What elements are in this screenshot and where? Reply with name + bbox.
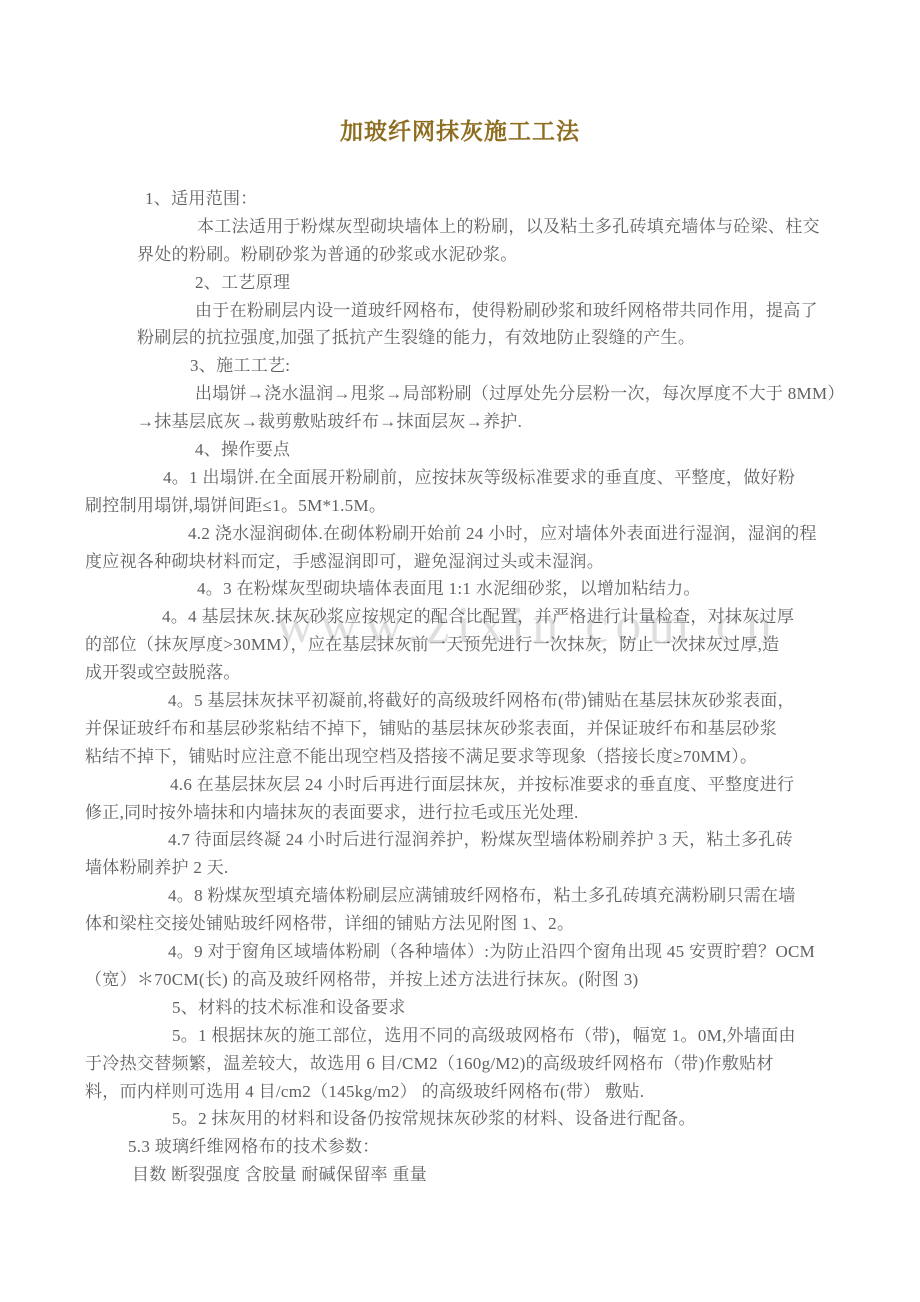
text-line: 4、操作要点 xyxy=(85,436,845,464)
text-line: 出塌饼→浇水温润→甩浆→局部粉刷（过厚处先分层粉一次，每次厚度不大于 8MM） xyxy=(85,380,845,408)
text-line: 墙体粉刷养护 2 天. xyxy=(85,854,845,882)
text-line: 3、施工工艺: xyxy=(85,352,845,380)
text-line: 粘结不掉下，铺贴时应注意不能出现空档及搭接不满足要求等现象（搭接长度≥70MM）… xyxy=(85,743,845,771)
text-line: 修正,同时按外墙抹和内墙抹灰的表面要求，进行拉毛或压光处理. xyxy=(85,799,845,827)
text-line: 4。5 基层抹灰抹平初凝前,将截好的高级玻纤网格布(带)铺贴在基层抹灰砂浆表面， xyxy=(85,687,845,715)
text-line: 5。2 抹灰用的材料和设备仍按常规抹灰砂浆的材料、设备进行配备。 xyxy=(85,1105,845,1133)
text-line: 目数 断裂强度 含胶量 耐碱保留率 重量 xyxy=(85,1161,845,1189)
text-line: 成开裂或空鼓脱落。 xyxy=(85,659,845,687)
text-line: 4。3 在粉煤灰型砌块墙体表面甩 1:1 水泥细砂浆，以增加粘结力。 xyxy=(85,575,845,603)
text-line: 的部位（抹灰厚度>30MM），应在基层抹灰前一天预先进行一次抹灰，防止一次抹灰过… xyxy=(85,631,845,659)
text-line: 4.6 在基层抹灰层 24 小时后再进行面层抹灰，并按标准要求的垂直度、平整度进… xyxy=(85,771,845,799)
text-line: 刷控制用塌饼,塌饼间距≤1。5M*1.5M。 xyxy=(85,492,845,520)
text-line: 4.7 待面层终凝 24 小时后进行湿润养护，粉煤灰型墙体粉刷养护 3 天，粘土… xyxy=(85,826,845,854)
text-line: 5.3 玻璃纤维网格布的技术参数： xyxy=(85,1133,845,1161)
text-line: 料，而内样则可选用 4 目/cm2（145kg/m2） 的高级玻纤网格布(带） … xyxy=(85,1078,845,1106)
document-page: 加玻纤网抹灰施工工法 www.zixin.com.cn 1、适用范围：本工法适用… xyxy=(0,0,920,1302)
text-line: 体和梁柱交接处铺贴玻纤网格带，详细的铺贴方法见附图 1、2。 xyxy=(85,910,845,938)
text-line: 由于在粉刷层内设一道玻纤网格布，使得粉刷砂浆和玻纤网格带共同作用，提高了 xyxy=(85,297,845,325)
text-line: （宽）＊70CM(长) 的高及玻纤网格带，并按上述方法进行抹灰。(附图 3) xyxy=(85,966,845,994)
text-line: 于冷热交替频繁，温差较大，故选用 6 目/CM2（160g/M2)的高级玻纤网格… xyxy=(85,1050,845,1078)
text-line: 4。8 粉煤灰型填充墙体粉刷层应满铺玻纤网格布，粘土多孔砖填充满粉刷只需在墙 xyxy=(85,882,845,910)
text-line: 度应视各种砌块材料而定，手感湿润即可，避免湿润过头或未湿润。 xyxy=(85,548,845,576)
text-line: 5、材料的技术标准和设备要求 xyxy=(85,994,845,1022)
document-title: 加玻纤网抹灰施工工法 xyxy=(0,116,920,148)
text-line: 4.2 浇水湿润砌体.在砌体粉刷开始前 24 小时，应对墙体外表面进行湿润，湿润… xyxy=(85,520,845,548)
text-line: 2、工艺原理 xyxy=(85,269,845,297)
document-body: 1、适用范围：本工法适用于粉煤灰型砌块墙体上的粉刷，以及粘土多孔砖填充墙体与砼梁… xyxy=(85,185,845,1189)
text-line: 粉刷层的抗拉强度,加强了抵抗产生裂缝的能力，有效地防止裂缝的产生。 xyxy=(85,324,845,352)
text-line: →抹基层底灰→裁剪敷贴玻纤布→抹面层灰→养护. xyxy=(85,408,845,436)
text-line: 界处的粉刷。粉刷砂浆为普通的砂浆或水泥砂浆。 xyxy=(85,241,845,269)
text-line: 4。9 对于窗角区域墙体粉刷（各种墙体）:为防止沿四个窗角出现 45 安贾眝碧？… xyxy=(85,938,845,966)
text-line: 5。1 根据抹灰的施工部位，选用不同的高级玻网格布（带)，幅宽 1。0M,外墙面… xyxy=(85,1022,845,1050)
text-line: 4。1 出塌饼.在全面展开粉刷前，应按抹灰等级标准要求的垂直度、平整度，做好粉 xyxy=(85,464,845,492)
text-line: 1、适用范围： xyxy=(85,185,845,213)
text-line: 并保证玻纤布和基层砂浆粘结不掉下，铺贴的基层抹灰砂浆表面，并保证玻纤布和基层砂浆 xyxy=(85,715,845,743)
text-line: 本工法适用于粉煤灰型砌块墙体上的粉刷，以及粘土多孔砖填充墙体与砼梁、柱交 xyxy=(85,213,845,241)
text-line: 4。4 基层抹灰.抹灰砂浆应按规定的配合比配置，并严格进行计量检查，对抹灰过厚 xyxy=(85,603,845,631)
